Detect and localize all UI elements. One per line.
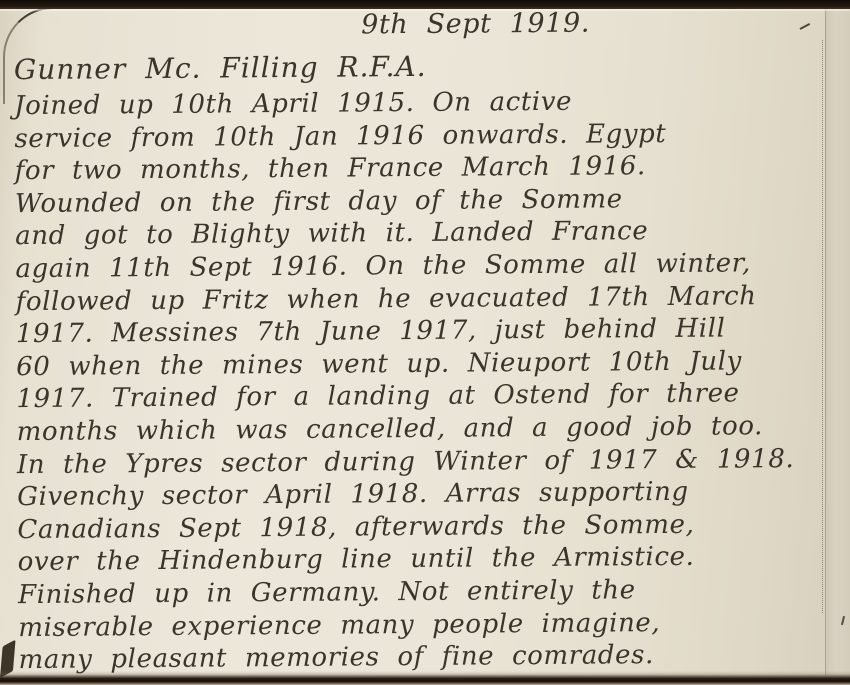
- author-line: Gunner Mc. Filling R.F.A.: [14, 44, 804, 90]
- handwritten-line: In the Ypres sector during Winter of 191…: [17, 442, 807, 481]
- handwritten-line: over the Hindenburg line until the Armis…: [18, 540, 808, 579]
- adjacent-page-edge: [825, 9, 850, 675]
- handwritten-line: months which was cancelled, and a good j…: [17, 410, 807, 449]
- page-top-edge: [0, 0, 850, 9]
- page-crease-line: [822, 40, 823, 613]
- handwritten-entry: 9th Sept 1919. Gunner Mc. Filling R.F.A.…: [13, 0, 808, 677]
- page-bottom-edge: [0, 671, 850, 685]
- autograph-book-page: 9th Sept 1919. Gunner Mc. Filling R.F.A.…: [0, 0, 850, 685]
